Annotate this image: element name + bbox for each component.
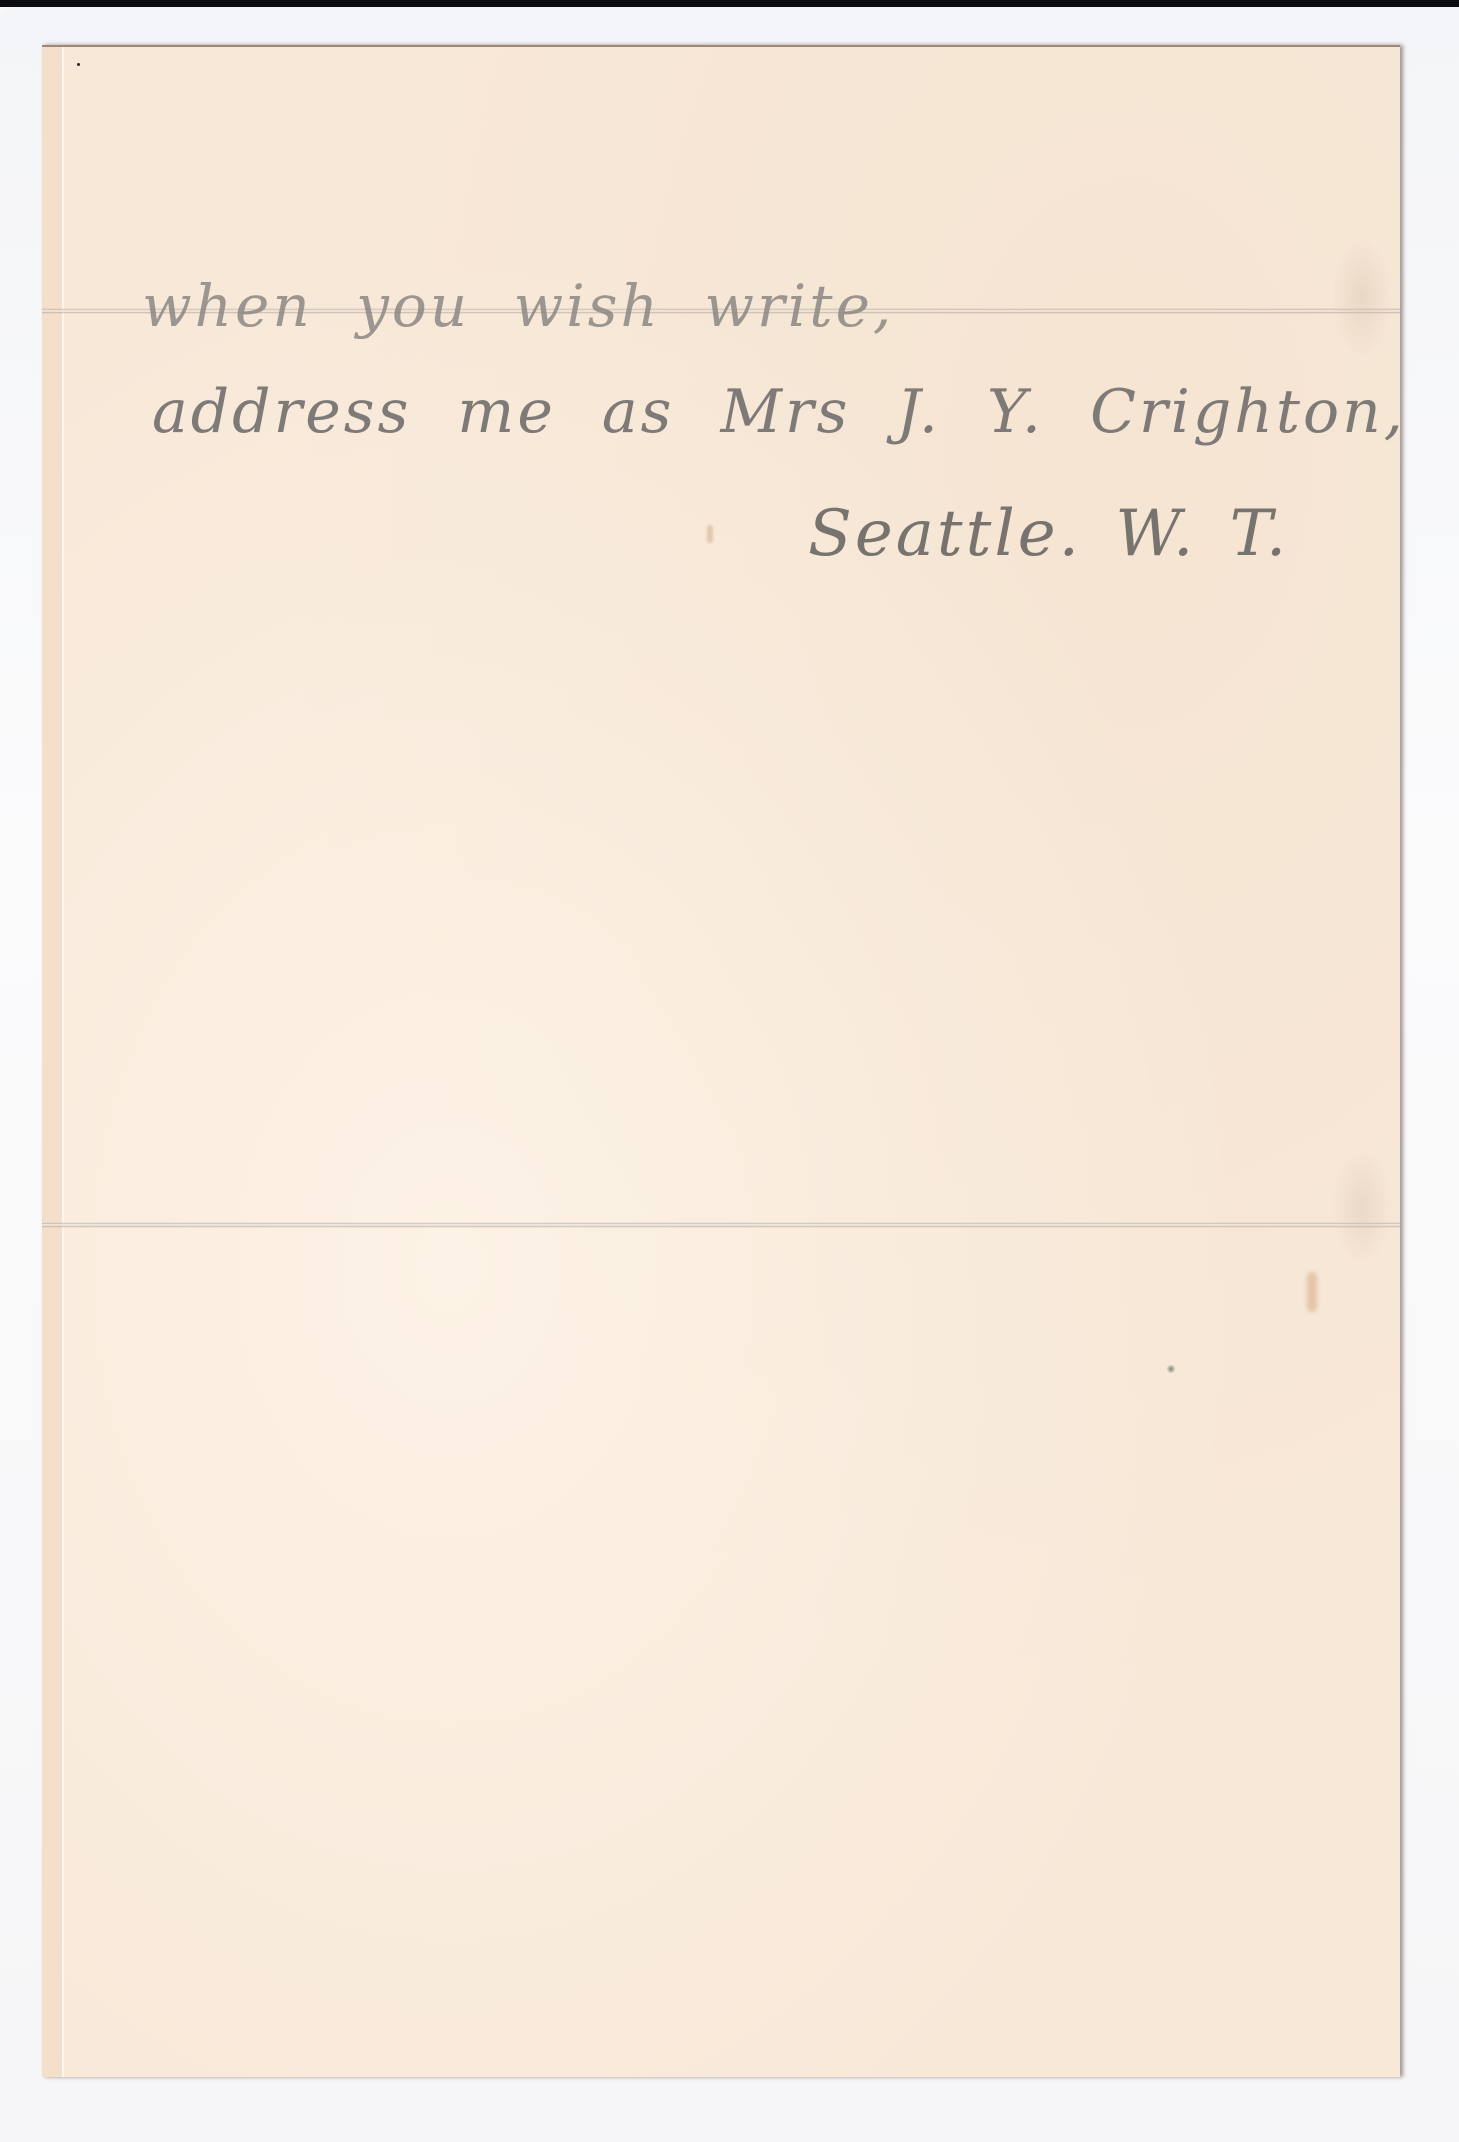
handwritten-line-2: address me as Mrs J. Y. Crighton,	[152, 382, 1406, 442]
handwritten-line-3-signature-address: Seattle. W. T.	[808, 502, 1289, 566]
foxing-spot	[707, 525, 713, 543]
paper-wrinkle	[1332, 237, 1392, 357]
handwritten-line-1: when you wish write,	[142, 277, 894, 335]
foxing-spot	[1307, 1272, 1317, 1312]
letter-page: when you wish write, address me as Mrs J…	[42, 45, 1400, 2077]
stain-spot	[1167, 1365, 1175, 1373]
fold-crease-bottom	[42, 1222, 1400, 1228]
scanner-top-border	[0, 0, 1459, 7]
paper-wrinkle	[1332, 1147, 1392, 1267]
ink-speck	[77, 63, 80, 66]
page-left-margin-strip	[42, 47, 64, 2077]
